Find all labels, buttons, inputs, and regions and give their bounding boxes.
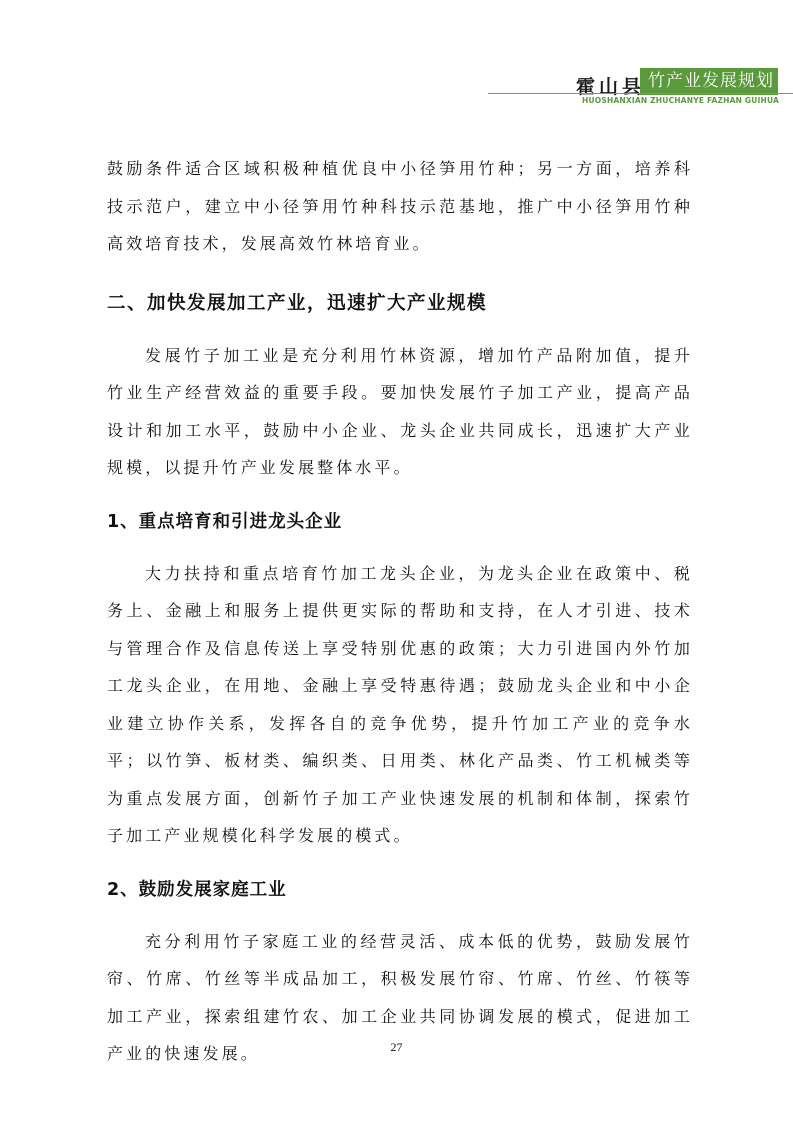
header-county-name: 霍山县 (576, 72, 645, 99)
document-body: 鼓励条件适合区域积极种植优良中小径笋用竹种；另一方面，培养科技示范户，建立中小径… (107, 150, 693, 1073)
header-pinyin: HUOSHANXIAN ZHUCHANYE FAZHAN GUIHUA (582, 96, 779, 105)
continuation-paragraph: 鼓励条件适合区域积极种植优良中小径笋用竹种；另一方面，培养科技示范户，建立中小径… (107, 150, 693, 263)
section-intro-paragraph: 发展竹子加工业是充分利用竹林资源，增加竹产品附加值，提升竹业生产经营效益的重要手… (107, 337, 693, 487)
header-title-banner: 竹产业发展规划 (640, 68, 778, 95)
subsection-heading-2: 2、鼓励发展家庭工业 (107, 875, 693, 905)
page-header: 霍山县 竹产业发展规划 HUOSHANXIAN ZHUCHANYE FAZHAN… (0, 0, 793, 110)
subsection-heading-1: 1、重点培育和引进龙头企业 (107, 507, 693, 537)
page-number: 27 (0, 1040, 793, 1055)
section-heading: 二、加快发展加工产业，迅速扩大产业规模 (107, 289, 693, 319)
subsection-paragraph-1: 大力扶持和重点培育竹加工龙头企业，为龙头企业在政策中、税务上、金融上和服务上提供… (107, 555, 693, 855)
header-divider (488, 93, 793, 94)
